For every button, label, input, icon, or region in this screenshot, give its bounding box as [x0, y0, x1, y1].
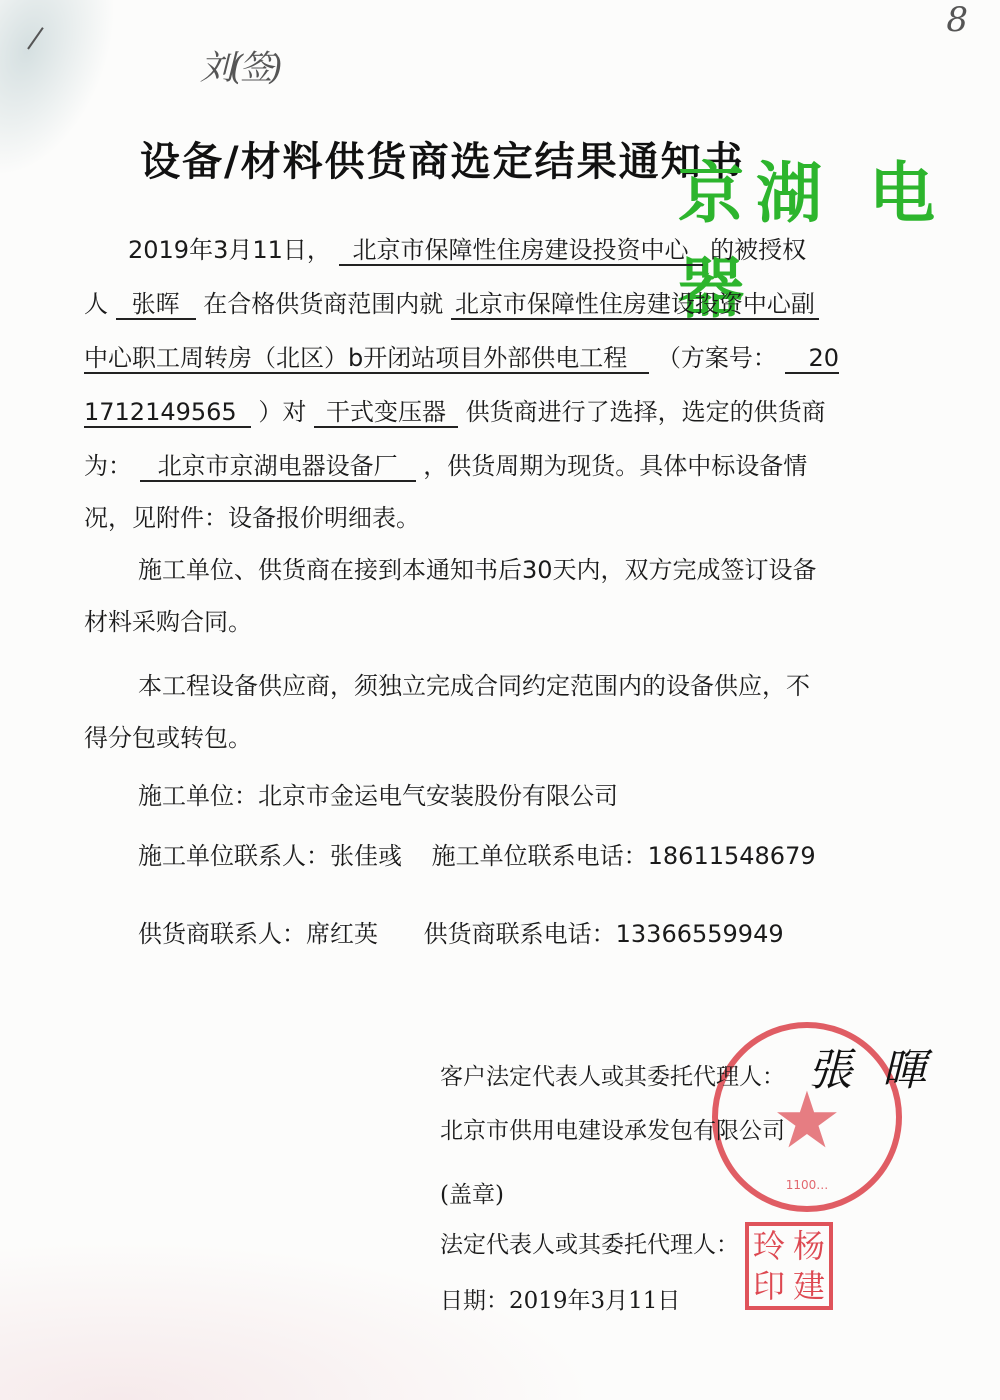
construction-contact-row: 施工单位联系人：张佳彧 施工单位联系电话：18611548679	[138, 830, 816, 882]
supplier-phone: 13366559949	[616, 920, 784, 948]
seal-char: 杨	[789, 1226, 829, 1266]
text: 在合格供货商范围内就	[203, 290, 443, 318]
paragraph-no-subcontract: 本工程设备供应商，须独立完成合同约定范围内的设备供应，不 得分包或转包。	[84, 660, 864, 770]
p1-line3: 中心职工周转房（北区）b开闭站项目外部供电工程 （方案号： 20	[84, 332, 839, 384]
client-name: 北京市保障性住房建设投资中心	[339, 236, 703, 266]
document-page: 刘(签) 8 设备/材料供货商选定结果通知书 京湖 电器 2019年3月11日，…	[0, 0, 1000, 1400]
scan-tint	[0, 1240, 600, 1400]
handwritten-initials: 刘(签)	[200, 40, 279, 89]
p1-line4: 1712149565 ）对 干式变压器 供货商进行了选择，选定的供货商	[84, 386, 826, 438]
client-rep-signature: 張 暉	[808, 1034, 934, 1098]
scan-shadow	[0, 0, 133, 201]
text: 供货商进行了选择，选定的供货商	[466, 398, 826, 426]
handwritten-page-number: 8	[946, 0, 968, 40]
p2-line2: 材料采购合同。	[84, 596, 252, 648]
project-name-part2: 中心职工周转房（北区）b开闭站项目外部供电工程	[84, 344, 649, 374]
seal-note: (盖章)	[440, 1176, 504, 1209]
legal-rep-label: 法定代表人或其委托代理人：	[440, 1226, 739, 1259]
label: 供货商联系人：	[138, 920, 306, 948]
p1-line2: 人 张晖 在合格供货商范围内就 北京市保障性住房建设投资中心副	[84, 278, 819, 330]
scheme-number-part2: 1712149565	[84, 398, 251, 428]
label: 施工单位：	[138, 782, 258, 810]
contact-info: 施工单位：北京市金运电气安装股份有限公司 施工单位联系人：张佳彧 施工单位联系电…	[138, 770, 918, 970]
construction-unit: 北京市金运电气安装股份有限公司	[258, 782, 618, 810]
label: 供货商联系电话：	[424, 920, 616, 948]
signing-company: 北京市供用电建设承发包有限公司	[440, 1112, 785, 1145]
supplier-contact: 席红英	[306, 920, 378, 948]
construction-phone: 18611548679	[648, 842, 816, 870]
equipment-type: 干式变压器	[314, 398, 458, 428]
document-title: 设备/材料供货商选定结果通知书	[140, 130, 745, 187]
p1-line5: 为： 北京市京湖电器设备厂 ，供货周期为现货。具体中标设备情	[84, 440, 807, 492]
text: 为：	[84, 452, 132, 480]
scheme-label: （方案号：	[657, 344, 777, 372]
p1-line6: 况，见附件：设备报价明细表。	[84, 492, 420, 544]
p2-line1: 施工单位、供货商在接到本通知书后30天内，双方完成签订设备	[138, 544, 817, 596]
scheme-number-part1: 20	[785, 344, 840, 374]
label: 施工单位联系人：	[138, 842, 330, 870]
seal-char: 建	[789, 1266, 829, 1306]
notice-date: 2019年3月11日，	[128, 236, 331, 264]
signing-date-row: 日期：2019年3月11日	[440, 1282, 680, 1315]
construction-unit-row: 施工单位：北京市金运电气安装股份有限公司	[138, 770, 618, 822]
project-name-part1: 北京市保障性住房建设投资中心副	[451, 290, 819, 320]
text: ）对	[258, 398, 306, 426]
p3-line2: 得分包或转包。	[84, 712, 252, 764]
label: 施工单位联系电话：	[432, 842, 648, 870]
p3-line1: 本工程设备供应商，须独立完成合同约定范围内的设备供应，不	[138, 660, 810, 712]
paragraph-selection-result: 2019年3月11日， 北京市保障性住房建设投资中心 的被授权 人 张晖 在合格…	[84, 224, 864, 544]
date-label: 日期：	[440, 1288, 509, 1314]
seal-char: 印	[749, 1266, 789, 1306]
p1-line1: 2019年3月11日， 北京市保障性住房建设投资中心 的被授权	[128, 224, 806, 276]
supplier-contact-row: 供货商联系人：席红英 供货商联系电话：13366559949	[138, 908, 784, 960]
signing-date: 2019年3月11日	[509, 1288, 680, 1314]
selected-supplier: 北京市京湖电器设备厂	[140, 452, 416, 482]
text: 的被授权	[710, 236, 806, 264]
client-rep-label: 客户法定代表人或其委托代理人：	[440, 1058, 785, 1091]
seal-number: 1100…	[718, 1178, 896, 1192]
authorized-person: 张晖	[116, 290, 196, 320]
text: 人	[84, 290, 108, 318]
paragraph-contract-deadline: 施工单位、供货商在接到本通知书后30天内，双方完成签订设备 材料采购合同。	[84, 544, 864, 654]
construction-contact: 张佳彧	[330, 842, 402, 870]
text: ，供货周期为现货。具体中标设备情	[423, 452, 807, 480]
seal-char: 玲	[749, 1226, 789, 1266]
personal-square-seal: 玲 杨 印 建	[745, 1222, 833, 1310]
